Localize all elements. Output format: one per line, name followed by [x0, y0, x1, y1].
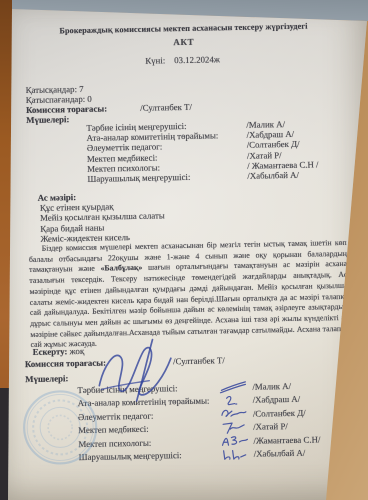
- members-label: Мүшелері:: [26, 114, 69, 125]
- members-list-top: Тәрбие ісінің меңгерушісі:/Малик А/ Ата-…: [86, 118, 332, 184]
- member-name: /Хабылбай А/: [254, 448, 306, 459]
- chair-label: Комиссия торағасы:: [26, 103, 138, 116]
- paper-sheet: Брокераждық комиссиясы мектеп асханасын …: [0, 0, 368, 500]
- member-role: Шаруашылық меңгерушісі:: [87, 171, 247, 184]
- document-photo: Брокераждық комиссиясы мектеп асханасын …: [0, 0, 368, 500]
- round-stamp-icon: [15, 387, 105, 471]
- member-name: /Хабдраш А/: [253, 394, 301, 405]
- member-name: /Хабылбай А/: [247, 170, 299, 181]
- date-value: 03.12.2024ж: [174, 54, 220, 65]
- signature-members-label: Мүшелері:: [25, 373, 68, 384]
- note-line: Ескерту: жоқ: [33, 346, 85, 357]
- act-heading: АКТ: [35, 34, 333, 50]
- member-name: /Солтанбек Д/: [253, 407, 306, 418]
- chair-name: /Султанбек Т/: [140, 102, 192, 113]
- member-name: / Жамантаева С.Н /: [247, 159, 318, 171]
- member-name: /Солтанбек Д/: [247, 139, 300, 150]
- member-name: /Жамантаева С.Н/: [253, 434, 320, 446]
- document-content: Брокераждық комиссиясы мектеп асханасын …: [0, 0, 368, 500]
- member-name: /Хатай Р/: [247, 150, 282, 161]
- note-label: Ескерту:: [33, 346, 68, 357]
- member-signature-icon: [219, 407, 249, 421]
- member-name: /Хатай Р/: [253, 421, 288, 432]
- member-signature-icon: [219, 434, 249, 448]
- member-signature-icon: [219, 394, 249, 408]
- menu-list: Құс етінен қуырдақ Мейіз қосылған қызылш…: [40, 200, 165, 244]
- member-signature-icon: [219, 421, 249, 435]
- body-paragraph: Біздер комиссия мүшелері мектеп асханасы…: [29, 238, 349, 351]
- note-value: жоқ: [70, 346, 85, 356]
- chair-signature-icon: [90, 336, 183, 406]
- member-name: /Малик А/: [252, 381, 291, 392]
- member-signature-icon: [218, 380, 248, 394]
- member-signature-icon: [220, 448, 250, 462]
- chair-row: Комиссия торағасы: /Султанбек Т/: [26, 102, 192, 116]
- date-line: Күні:03.12.2024ж: [35, 52, 330, 68]
- date-label: Күні:: [145, 55, 165, 65]
- body-text-bold: «Балбұлақ»: [100, 263, 142, 273]
